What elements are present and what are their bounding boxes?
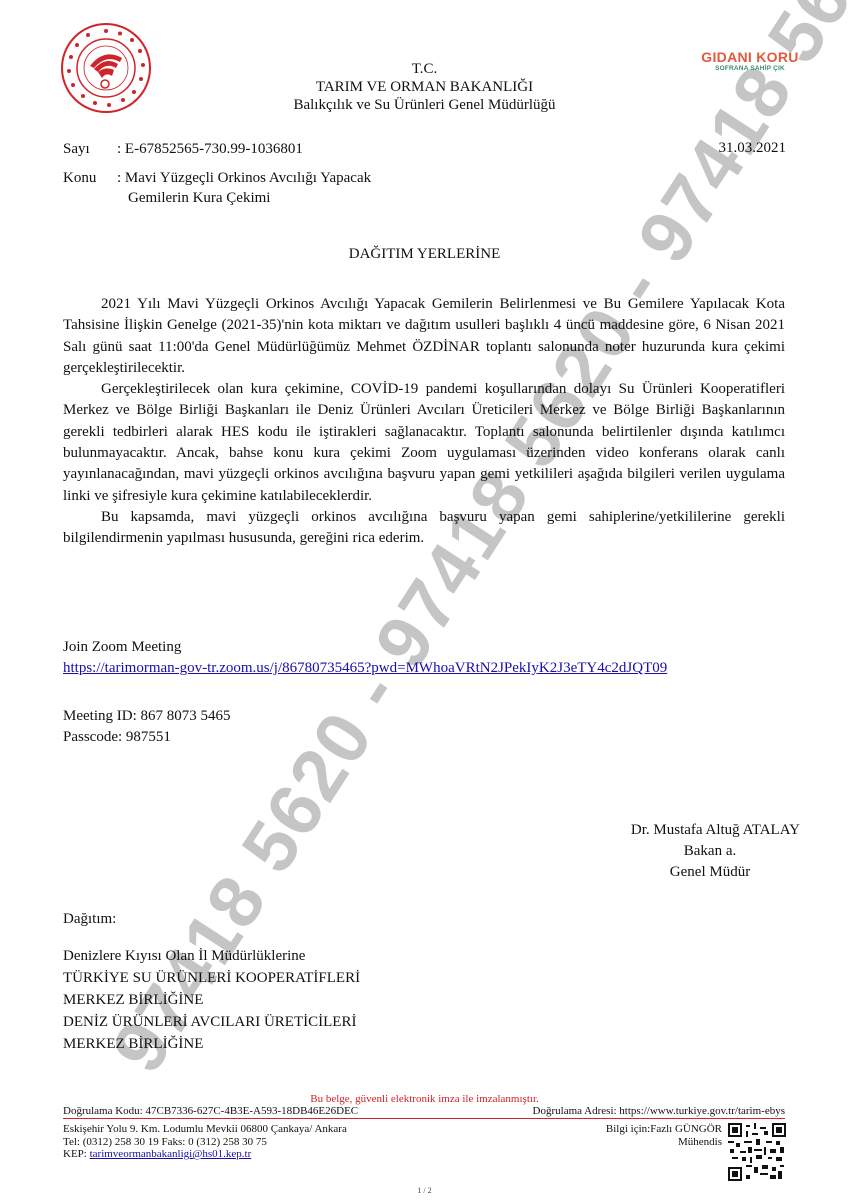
signatory-name: Dr. Mustafa Altuğ ATALAY	[560, 820, 800, 841]
header-directorate: Balıkçılık ve Su Ürünleri Genel Müdürlüğ…	[0, 96, 849, 114]
join-zoom-label: Join Zoom Meeting	[63, 637, 667, 658]
zoom-credentials: Meeting ID: 867 8073 5465 Passcode: 9875…	[63, 706, 230, 748]
postal-address: Eskişehir Yolu 9. Km. Lodumlu Mevkii 068…	[63, 1123, 347, 1136]
body-paragraph: Bu kapsamda, mavi yüzgeçli orkinos avcıl…	[63, 507, 785, 550]
page-number: 1 / 2	[0, 1186, 849, 1195]
watermark: 97418 5620 - 97418 5620 - 97418 5620	[95, 118, 765, 1087]
distribution-item: MERKEZ BİRLİĞİNE	[63, 1033, 360, 1055]
letterhead: T.C. TARIM VE ORMAN BAKANLIĞI Balıkçılık…	[0, 60, 849, 114]
zoom-meeting-info: Join Zoom Meeting https://tarimorman-gov…	[63, 637, 667, 679]
verification-code: Doğrulama Kodu: 47CB7336-627C-4B3E-A593-…	[63, 1105, 358, 1117]
phone-fax: Tel: (0312) 258 30 19 Faks: 0 (312) 258 …	[63, 1136, 347, 1149]
header-ministry: TARIM VE ORMAN BAKANLIĞI	[0, 78, 849, 96]
konu-label: Konu	[63, 168, 117, 188]
header-tc: T.C.	[0, 60, 849, 78]
addressee-title: DAĞITIM YERLERİNE	[0, 246, 849, 263]
contact-person: Bilgi için:Fazlı GÜNGÖR Mühendis	[560, 1123, 722, 1148]
zoom-meeting-link[interactable]: https://tarimorman-gov-tr.zoom.us/j/8678…	[63, 660, 667, 676]
contact-name: Bilgi için:Fazlı GÜNGÖR	[560, 1123, 722, 1136]
signature-block: Dr. Mustafa Altuğ ATALAY Bakan a. Genel …	[560, 820, 800, 883]
qr-code-icon	[728, 1123, 786, 1181]
distribution-item: TÜRKİYE SU ÜRÜNLERİ KOOPERATİFLERİ	[63, 967, 360, 989]
body-paragraph: Gerçekleştirilecek olan kura çekimine, C…	[63, 379, 785, 507]
document-subject: Konu: Mavi Yüzgeçli Orkinos Avcılığı Yap…	[63, 168, 371, 208]
kep-line: KEP: tarimveormanbakanligi@hs01.kep.tr	[63, 1148, 347, 1161]
konu-value-line2: Gemilerin Kura Çekimi	[63, 188, 371, 208]
verification-address: Doğrulama Adresi: https://www.turkiye.go…	[533, 1105, 785, 1117]
distribution-item: DENİZ ÜRÜNLERİ AVCILARI ÜRETİCİLERİ	[63, 1011, 360, 1033]
kep-label: KEP:	[63, 1148, 90, 1160]
sayi-label: Sayı	[63, 139, 117, 159]
document-number: Sayı: E-67852565-730.99-1036801	[63, 139, 303, 159]
body-paragraph: 2021 Yılı Mavi Yüzgeçli Orkinos Avcılığı…	[63, 294, 785, 379]
esign-notice: Bu belge, güvenli elektronik imza ile im…	[0, 1093, 849, 1105]
sayi-value: : E-67852565-730.99-1036801	[117, 141, 303, 157]
distribution-item: MERKEZ BİRLİĞİNE	[63, 989, 360, 1011]
kep-email-link[interactable]: tarimveormanbakanligi@hs01.kep.tr	[90, 1148, 252, 1160]
letter-body: 2021 Yılı Mavi Yüzgeçli Orkinos Avcılığı…	[63, 294, 785, 550]
distribution-item: Denizlere Kıyısı Olan İl Müdürlüklerine	[63, 945, 360, 967]
signatory-title2: Genel Müdür	[560, 862, 800, 883]
meeting-id: Meeting ID: 867 8073 5465	[63, 706, 230, 727]
distribution-label: Dağıtım:	[63, 911, 116, 928]
distribution-list: Denizlere Kıyısı Olan İl Müdürlüklerine …	[63, 945, 360, 1055]
contact-address: Eskişehir Yolu 9. Km. Lodumlu Mevkii 068…	[63, 1123, 347, 1161]
contact-title: Mühendis	[560, 1136, 722, 1149]
verification-bar: Doğrulama Kodu: 47CB7336-627C-4B3E-A593-…	[63, 1105, 785, 1119]
passcode: Passcode: 987551	[63, 727, 230, 748]
konu-value-line1: : Mavi Yüzgeçli Orkinos Avcılığı Yapacak	[117, 170, 371, 186]
document-date: 31.03.2021	[719, 140, 787, 157]
signatory-title1: Bakan a.	[560, 841, 800, 862]
